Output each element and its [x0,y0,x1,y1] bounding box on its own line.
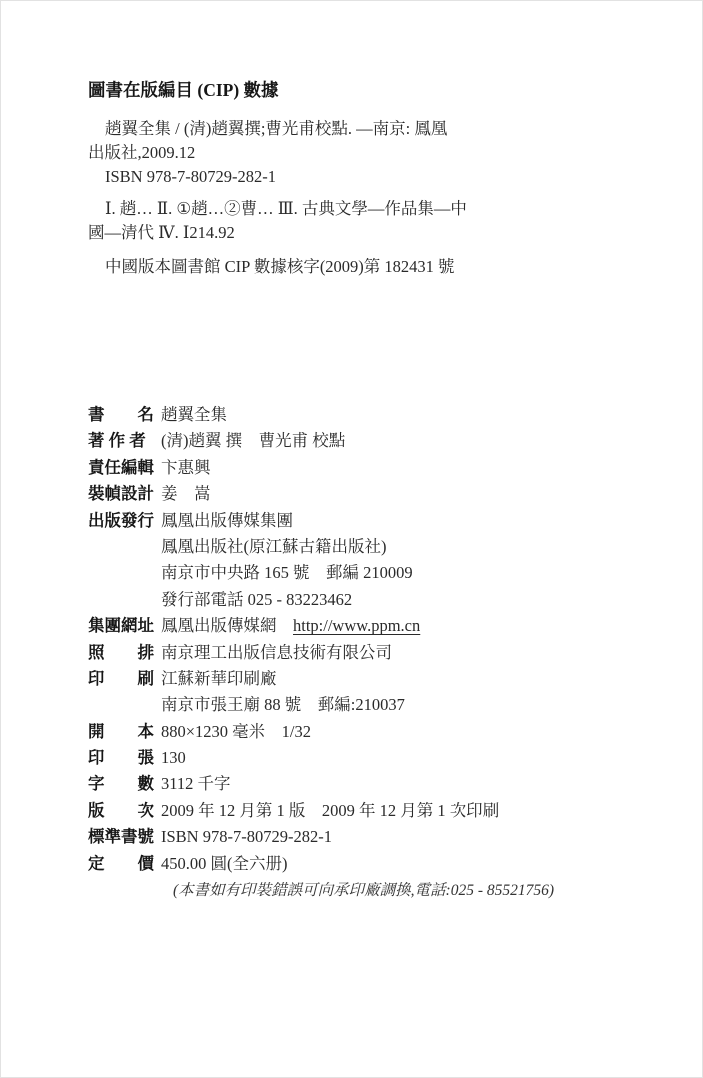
colophon-row: 標準書號ISBN 978-7-80729-282-1 [88,824,648,850]
colophon-row: 鳳凰出版社(原江蘇古籍出版社) [88,534,648,560]
colophon-row: 開 本880×1230 毫米 1/32 [88,719,648,745]
colophon-row-label: 出版發行 [88,508,156,534]
colophon-row: 著 作 者(清)趙翼 撰 曹光甫 校點 [88,428,648,454]
colophon-row-value: 江蘇新華印刷廠 [161,669,277,688]
colophon-row-value: 鳳凰出版社(原江蘇古籍出版社) [161,537,387,556]
colophon-row-value: 鳳凰出版傳媒網 [161,616,293,635]
colophon-row: 書 名趙翼全集 [88,402,648,428]
colophon-row-value: 姜 嵩 [161,484,211,503]
colophon-row-label: 印 張 [88,745,156,771]
colophon-row-value: 南京理工出版信息技術有限公司 [161,643,392,662]
colophon-row-value: 鳳凰出版傳媒集團 [161,511,293,530]
colophon-row-value: 130 [161,748,186,767]
colophon-row-label: 印 刷 [88,666,156,692]
colophon-row-value: 南京市張王廟 88 號 郵編:210037 [161,695,405,714]
colophon-row: 集團網址鳳凰出版傳媒網 http://www.ppm.cn [88,613,648,639]
colophon-row: 定 價450.00 圓(全六册) [88,851,648,877]
colophon-row-value: (清)趙翼 撰 曹光甫 校點 [161,431,345,450]
colophon-row: 印 刷江蘇新華印刷廠 [88,666,648,692]
colophon-row-label: 字 數 [88,771,156,797]
cip-block: 圖書在版編目 (CIP) 數據 趙翼全集 / (清)趙翼撰;曹光甫校點. —南京… [88,78,633,279]
colophon-row-label: 照 排 [88,640,156,666]
colophon-row: 南京市張王廟 88 號 郵編:210037 [88,692,648,718]
colophon-row-label: 責任編輯 [88,455,156,481]
copyright-page: 圖書在版編目 (CIP) 數據 趙翼全集 / (清)趙翼撰;曹光甫校點. —南京… [0,0,703,1078]
colophon-row: 責任編輯卞惠興 [88,455,648,481]
colophon-row: 裝幀設計姜 嵩 [88,481,648,507]
colophon-row-value: 450.00 圓(全六册) [161,854,288,873]
colophon-row-label: 集團網址 [88,613,156,639]
colophon-row-value: (本書如有印裝錯誤可向承印廠調換,電話:025 - 85521756) [173,882,554,899]
colophon-row: 發行部電話 025 - 83223462 [88,587,648,613]
cip-entry-line-1: 趙翼全集 / (清)趙翼撰;曹光甫校點. —南京: 鳳凰 [88,117,633,141]
colophon-row-label: 書 名 [88,402,156,428]
cip-registry-line: 中國版本圖書館 CIP 數據核字(2009)第 182431 號 [88,255,633,279]
cip-entry-line-2: 出版社,2009.12 [88,141,633,165]
colophon-row-label: 開 本 [88,719,156,745]
colophon-row: 出版發行鳳凰出版傳媒集團 [88,508,648,534]
colophon-row-label: 標準書號 [88,824,156,850]
publisher-group-url: http://www.ppm.cn [293,616,420,635]
colophon-row: 版 次2009 年 12 月第 1 版 2009 年 12 月第 1 次印刷 [88,798,648,824]
colophon-row: (本書如有印裝錯誤可向承印廠調換,電話:025 - 85521756) [88,877,648,903]
colophon-row: 印 張130 [88,745,648,771]
cip-classification-line-1: Ⅰ. 趙… Ⅱ. ①趙…②曹… Ⅲ. 古典文學—作品集—中 [88,197,633,221]
cip-isbn-line: ISBN 978-7-80729-282-1 [88,165,633,189]
colophon-row-value: 南京市中央路 165 號 郵編 210009 [161,563,413,582]
colophon-row-value: 3112 千字 [161,774,231,793]
colophon-row-label: 版 次 [88,798,156,824]
colophon-row: 南京市中央路 165 號 郵編 210009 [88,560,648,586]
colophon-row-value: 卞惠興 [161,458,211,477]
colophon-row-label: 定 價 [88,851,156,877]
colophon-row-value: 2009 年 12 月第 1 版 2009 年 12 月第 1 次印刷 [161,801,499,820]
cip-header: 圖書在版編目 (CIP) 數據 [88,78,633,102]
colophon-row-label: 裝幀設計 [88,481,156,507]
colophon-row-value: 880×1230 毫米 1/32 [161,722,311,741]
colophon-block: 書 名趙翼全集著 作 者(清)趙翼 撰 曹光甫 校點責任編輯卞惠興裝幀設計姜 嵩… [88,402,648,903]
colophon-row-value: 趙翼全集 [161,405,227,424]
colophon-rows: 書 名趙翼全集著 作 者(清)趙翼 撰 曹光甫 校點責任編輯卞惠興裝幀設計姜 嵩… [88,402,648,903]
colophon-row-value: 發行部電話 025 - 83223462 [161,590,352,609]
colophon-row: 照 排南京理工出版信息技術有限公司 [88,640,648,666]
colophon-row-value: ISBN 978-7-80729-282-1 [161,827,332,846]
cip-classification-line-2: 國—清代 Ⅳ. Ⅰ214.92 [88,221,633,245]
colophon-row: 字 數3112 千字 [88,771,648,797]
colophon-row-label: 著 作 者 [88,428,156,454]
